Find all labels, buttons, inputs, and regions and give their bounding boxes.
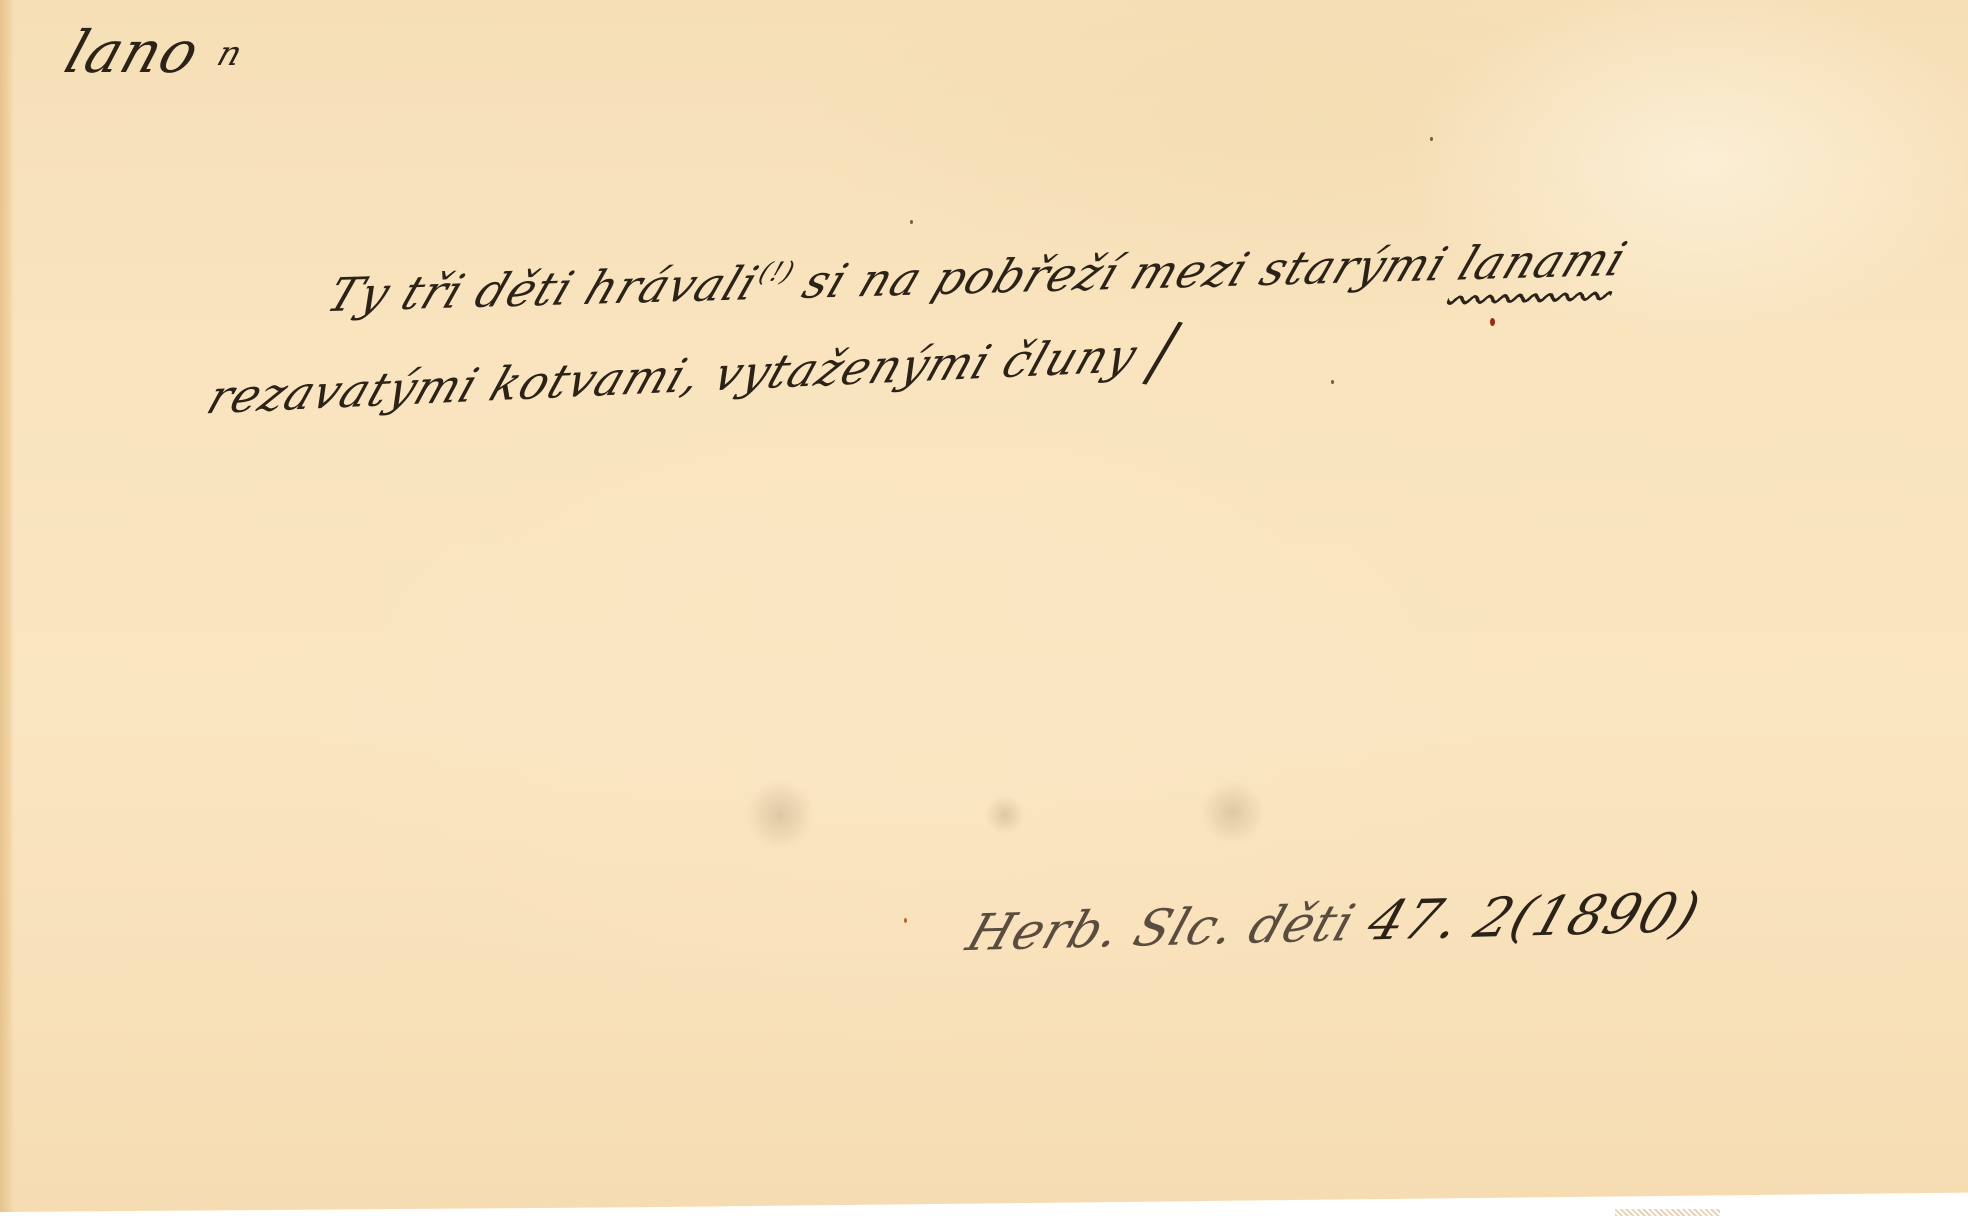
highlighted-headword-form: lanami — [1451, 232, 1635, 291]
ink-speck — [904, 918, 907, 923]
quotation-line-2: rezavatými kotvami, vytaženými čluny| — [199, 311, 1190, 429]
red-ink-dot — [1490, 318, 1495, 326]
headword: lanon — [57, 18, 253, 86]
paper-edge — [0, 0, 14, 1212]
source-reference: 47. 2(1890) — [1360, 881, 1709, 953]
paper-stain — [1200, 780, 1265, 845]
source-citation: Herb. Slc. děti 47. 2(1890) — [959, 881, 1708, 964]
scan-edge-artifact — [1615, 1209, 1720, 1216]
paper-stain — [985, 795, 1025, 835]
ink-speck — [1331, 380, 1334, 384]
ink-speck — [910, 220, 913, 224]
end-mark: | — [1135, 310, 1197, 387]
ink-speck — [1430, 137, 1433, 141]
grammar-label: n — [212, 34, 248, 74]
quotation-text: Ty tři děti hrávali — [320, 256, 767, 322]
headword-text: lano — [57, 18, 209, 86]
excerpt-card: lanon Ty tři děti hrávali(!) si na pobře… — [0, 0, 1968, 1212]
paper-stain — [745, 780, 815, 850]
source-author-title: Herb. Slc. děti — [960, 893, 1380, 962]
quotation-text: si na pobřeží mezi starými — [780, 236, 1472, 309]
quotation-text: rezavatými kotvami, vytaženými čluny — [200, 328, 1145, 425]
quotation-line-1: Ty tři děti hrávali(!) si na pobřeží mez… — [320, 232, 1635, 323]
